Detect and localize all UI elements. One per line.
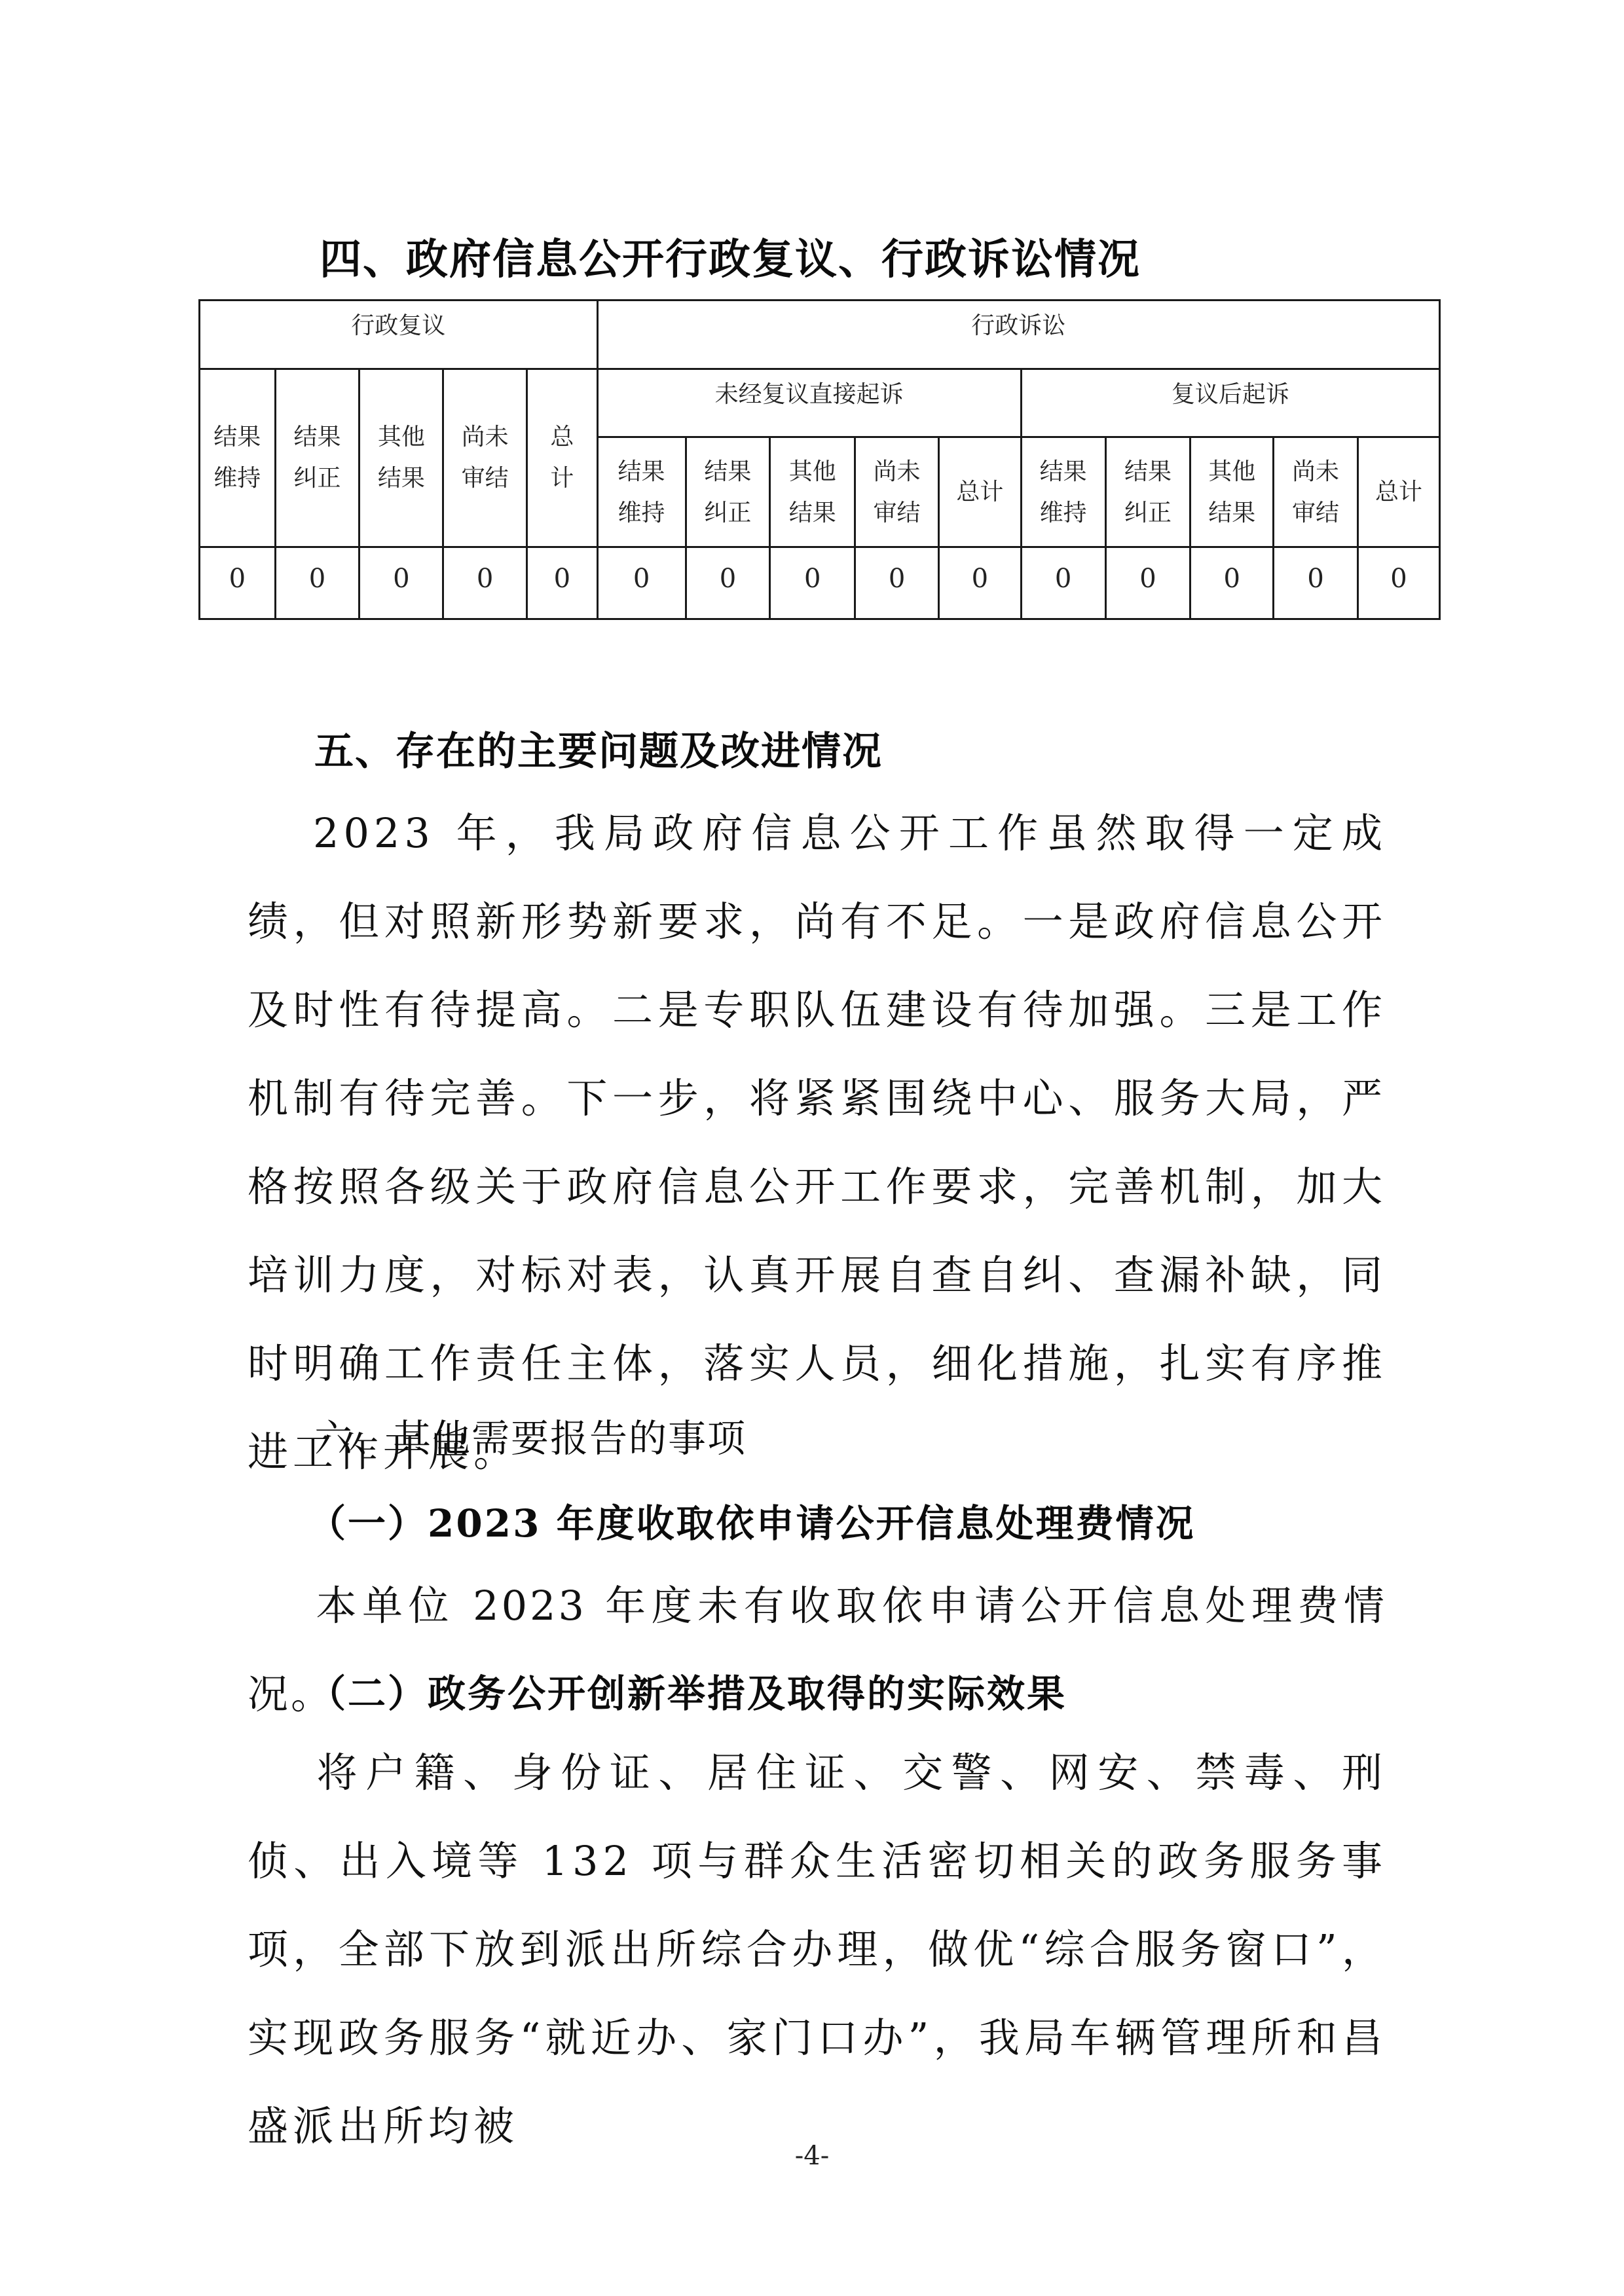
- section5-body: 2023 年，我局政府信息公开工作虽然取得一定成绩，但对照新形势新要求，尚有不足…: [248, 789, 1387, 1496]
- cell-value: 0: [686, 547, 770, 619]
- cell-value: 0: [1274, 547, 1358, 619]
- cell-value: 0: [1105, 547, 1190, 619]
- cell-value: 0: [443, 547, 527, 619]
- subsection2-body: 将户籍、身份证、居住证、交警、网安、禁毒、刑侦、出入境等 132 项与群众生活密…: [248, 1728, 1387, 2170]
- col-direct-total: 总计: [938, 437, 1021, 547]
- col-after-pending: 尚未审结: [1274, 437, 1358, 547]
- col-review-maintained: 结果维持: [200, 369, 276, 547]
- cell-value: 0: [527, 547, 598, 619]
- cell-value: 0: [360, 547, 443, 619]
- subsection2-heading: （二）政务公开创新举措及取得的实际效果: [308, 1663, 1067, 1718]
- review-litigation-table: 行政复议 行政诉讼 结果维持 结果纠正 其他结果 尚未审结 总计 未经复议直接起…: [198, 299, 1441, 620]
- col-review-total: 总计: [527, 369, 598, 547]
- cell-value: 0: [1190, 547, 1274, 619]
- cell-value: 0: [938, 547, 1021, 619]
- col-review-pending: 尚未审结: [443, 369, 527, 547]
- section4-heading: 四、政府信息公开行政复议、行政诉讼情况: [320, 226, 1141, 286]
- col-direct-other: 其他结果: [770, 437, 855, 547]
- cell-value: 0: [275, 547, 360, 619]
- cell-value: 0: [1357, 547, 1439, 619]
- header-administrative-review: 行政复议: [200, 301, 598, 369]
- cell-value: 0: [200, 547, 276, 619]
- col-after-maintained: 结果维持: [1021, 437, 1105, 547]
- header-administrative-litigation: 行政诉讼: [597, 301, 1439, 369]
- page-number: -4-: [0, 2141, 1624, 2171]
- subsection2-text: 将户籍、身份证、居住证、交警、网安、禁毒、刑侦、出入境等 132 项与群众生活密…: [248, 1749, 1387, 2150]
- col-review-corrected: 结果纠正: [275, 369, 360, 547]
- col-direct-corrected: 结果纠正: [686, 437, 770, 547]
- cell-value: 0: [855, 547, 939, 619]
- table-row: 0 0 0 0 0 0 0 0 0 0 0 0 0 0 0: [200, 547, 1440, 619]
- col-after-corrected: 结果纠正: [1105, 437, 1190, 547]
- col-after-other: 其他结果: [1190, 437, 1274, 547]
- subsection1-heading: （一）2023 年度收取依申请公开信息处理费情况: [308, 1493, 1196, 1548]
- col-review-other: 其他结果: [360, 369, 443, 547]
- col-direct-pending: 尚未审结: [855, 437, 939, 547]
- section5-heading: 五、存在的主要问题及改进情况: [314, 720, 883, 776]
- header-litigation-after-review: 复议后起诉: [1021, 369, 1439, 437]
- cell-value: 0: [770, 547, 855, 619]
- col-after-total: 总计: [1357, 437, 1439, 547]
- section6-heading: 六、其他需要报告的事项: [314, 1408, 747, 1463]
- cell-value: 0: [597, 547, 686, 619]
- col-direct-maintained: 结果维持: [597, 437, 686, 547]
- header-direct-litigation: 未经复议直接起诉: [597, 369, 1021, 437]
- section5-text: 2023 年，我局政府信息公开工作虽然取得一定成绩，但对照新形势新要求，尚有不足…: [248, 809, 1387, 1476]
- cell-value: 0: [1021, 547, 1105, 619]
